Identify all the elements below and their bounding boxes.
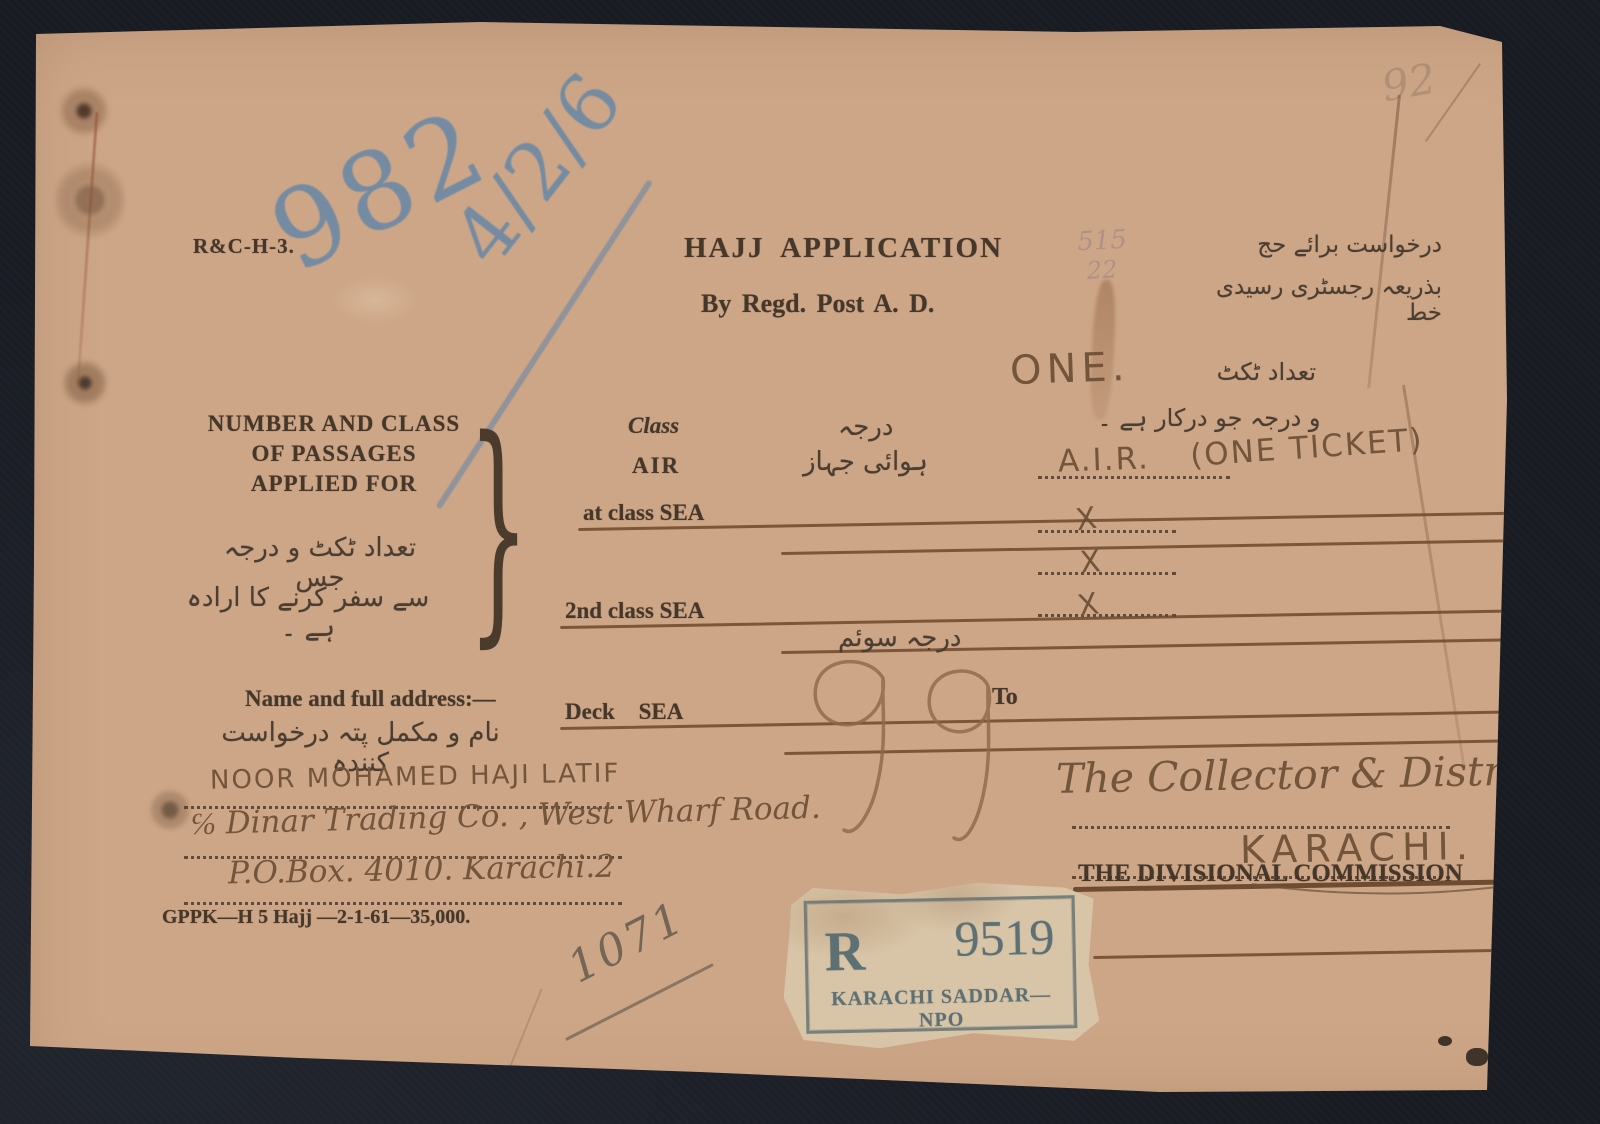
class-header-en: Class	[628, 413, 679, 439]
faint-stamp-ghost: 515 22	[1077, 225, 1130, 286]
applicant-address-line3-handwritten: P.O.Box. 4010. Karachi.2	[228, 849, 615, 892]
registration-number: 9519	[954, 908, 1055, 968]
pencil-number-note: 1071	[560, 892, 694, 994]
passages-heading-line2: OF PASSAGES	[197, 441, 471, 467]
class-row-1stsea-urdu: بحری سفر درجہ اول	[786, 522, 1600, 552]
faint-pencil-note: 92	[1378, 54, 1439, 112]
form-title-urdu: درخواست برائے حج	[1240, 232, 1442, 258]
faint-stamp-line2: 22	[1086, 255, 1129, 285]
crease-line	[499, 989, 542, 1092]
form-subtitle-urdu: بذریعہ رجسٹری رسیدی خط	[1190, 274, 1442, 326]
answer-line-3	[1038, 572, 1176, 575]
smudge-stain	[150, 790, 190, 830]
registration-office: KARACHI SADDAR—NPO	[808, 983, 1074, 1035]
address-line-3	[184, 902, 622, 905]
form-code: R&C-H-3.	[193, 234, 295, 259]
applicant-name-handwritten: NOOR MOHAMED HAJI LATIF	[210, 758, 621, 795]
ink-spot	[1438, 1036, 1452, 1046]
address-label: Name and full address:—	[245, 686, 496, 712]
passages-heading-line1: NUMBER AND CLASS	[197, 411, 471, 437]
pinhole-stain	[62, 355, 108, 411]
applicant-address-line2-handwritten: ℅ Dinar Trading Co. , West Wharf Road.	[190, 790, 822, 842]
passages-heading-line3: APPLIED FOR	[197, 471, 471, 497]
to-label: To	[992, 684, 1018, 711]
handwritten-99	[788, 646, 1018, 876]
class-header-urdu: درجہ	[838, 412, 893, 442]
hajj-application-form-paper: 92 515 22 982 4/2/6 R&C-H-3. HAJJ APPLIC…	[0, 0, 1600, 1124]
answer-class-handwritten: A.I.R.	[1057, 440, 1150, 479]
rust-streak	[77, 112, 99, 382]
registration-label: R 9519 KARACHI SADDAR—NPO	[781, 879, 1099, 1051]
city-handwritten: KARACHI.	[1240, 824, 1476, 872]
ink-spot	[1466, 1048, 1488, 1066]
class-row-air-urdu: ہوائی جہاز	[803, 447, 928, 477]
passages-heading-urdu2: سے سفر کرنے کا ارادہ ہے ۔	[172, 583, 444, 643]
ticket-count-handwritten: ONE.	[1009, 344, 1130, 394]
ink-spot	[1496, 1034, 1514, 1045]
registration-r-letter: R	[824, 920, 866, 985]
ticket-count-label-urdu: تعداد ٹکٹ	[1198, 358, 1316, 386]
brace-glyph: }	[468, 408, 529, 648]
scanned-cover-photo: 92 515 22 982 4/2/6 R&C-H-3. HAJJ APPLIC…	[0, 0, 1600, 1124]
struck-addressee-urdu: جناب ڈویژنل کمشنر صاحب	[1098, 926, 1600, 956]
pinhole-stain	[58, 85, 110, 137]
class-row-air-en: AIR	[632, 453, 680, 479]
addressee-handwritten: The Collector & District M	[1056, 745, 1600, 803]
faint-stamp-line1: 515	[1077, 225, 1128, 258]
form-title: HAJJ APPLICATION	[684, 232, 1003, 265]
printer-imprint: GPPK—H 5 Hajj —2-1-61—35,000.	[162, 906, 470, 929]
class-needed-label-urdu: و درجہ جو درکار ہے ۔	[1080, 404, 1338, 432]
city-underline-flourish	[1248, 878, 1538, 900]
paper-dent	[330, 275, 420, 325]
form-subtitle: By Regd. Post A. D.	[701, 289, 934, 319]
